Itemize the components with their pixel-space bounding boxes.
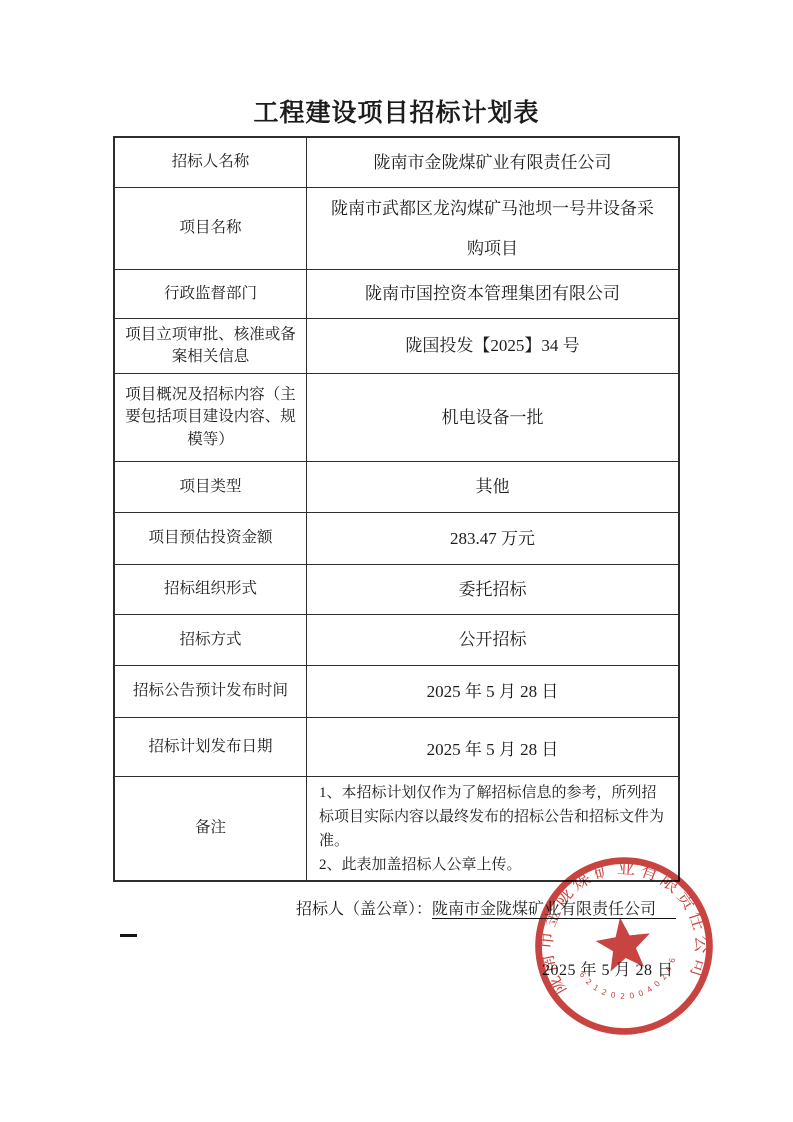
row-value: 公开招标 [307,615,678,665]
row-value: 2025 年 5 月 28 日 [307,666,678,717]
document-page: 工程建设项目招标计划表 招标人名称 陇南市金陇煤矿业有限责任公司 项目名称 陇南… [0,0,793,1122]
company-stamp: 陇南市金陇煤矿业有限责任公司 6212020040246 [516,838,733,1055]
row-label: 招标组织形式 [115,565,307,614]
row-label: 备注 [115,777,307,880]
row-value: 其他 [307,462,678,512]
table-row: 项目概况及招标内容（主要包括项目建设内容、规模等） 机电设备一批 [115,373,678,461]
row-value: 陇南市金陇煤矿业有限责任公司 [307,138,678,187]
table-row: 行政监督部门 陇南市国控资本管理集团有限公司 [115,269,678,318]
note-line: 1、本招标计划仅作为了解招标信息的参考，所列招标项目实际内容以最终发布的招标公告… [319,781,666,853]
stamp-star-icon [593,914,654,973]
signature-label: 招标人（盖公章）： [296,901,432,918]
stray-dash-mark [120,934,137,937]
row-value-text: 陇南市武都区龙沟煤矿马池坝一号井设备采购项目 [327,189,659,269]
table-row: 项目类型 其他 [115,461,678,512]
tender-plan-table: 招标人名称 陇南市金陇煤矿业有限责任公司 项目名称 陇南市武都区龙沟煤矿马池坝一… [113,136,680,882]
row-value: 陇国投发【2025】34 号 [307,319,678,373]
row-label: 项目类型 [115,462,307,512]
row-value: 委托招标 [307,565,678,614]
row-value: 陇南市国控资本管理集团有限公司 [307,270,678,318]
table-row: 招标方式 公开招标 [115,614,678,665]
row-label: 招标人名称 [115,138,307,187]
row-value: 机电设备一批 [307,374,678,461]
table-row: 招标公告预计发布时间 2025 年 5 月 28 日 [115,665,678,717]
table-row: 项目名称 陇南市武都区龙沟煤矿马池坝一号井设备采购项目 [115,187,678,269]
row-value: 陇南市武都区龙沟煤矿马池坝一号井设备采购项目 [307,188,678,269]
row-label: 招标公告预计发布时间 [115,666,307,717]
row-label: 项目名称 [115,188,307,269]
row-value: 283.47 万元 [307,513,678,564]
row-label: 招标方式 [115,615,307,665]
row-label: 项目概况及招标内容（主要包括项目建设内容、规模等） [115,374,307,461]
table-row: 招标人名称 陇南市金陇煤矿业有限责任公司 [115,138,678,187]
row-label: 项目预估投资金额 [115,513,307,564]
table-row: 招标组织形式 委托招标 [115,564,678,614]
note-line: 2、此表加盖招标人公章上传。 [319,853,522,877]
table-row: 招标计划发布日期 2025 年 5 月 28 日 [115,717,678,776]
table-row: 项目立项审批、核准或备案相关信息 陇国投发【2025】34 号 [115,318,678,373]
row-label: 行政监督部门 [115,270,307,318]
row-label: 项目立项审批、核准或备案相关信息 [115,319,307,373]
table-row: 项目预估投资金额 283.47 万元 [115,512,678,564]
row-label: 招标计划发布日期 [115,718,307,776]
page-title: 工程建设项目招标计划表 [0,93,793,129]
row-value: 2025 年 5 月 28 日 [307,718,678,776]
